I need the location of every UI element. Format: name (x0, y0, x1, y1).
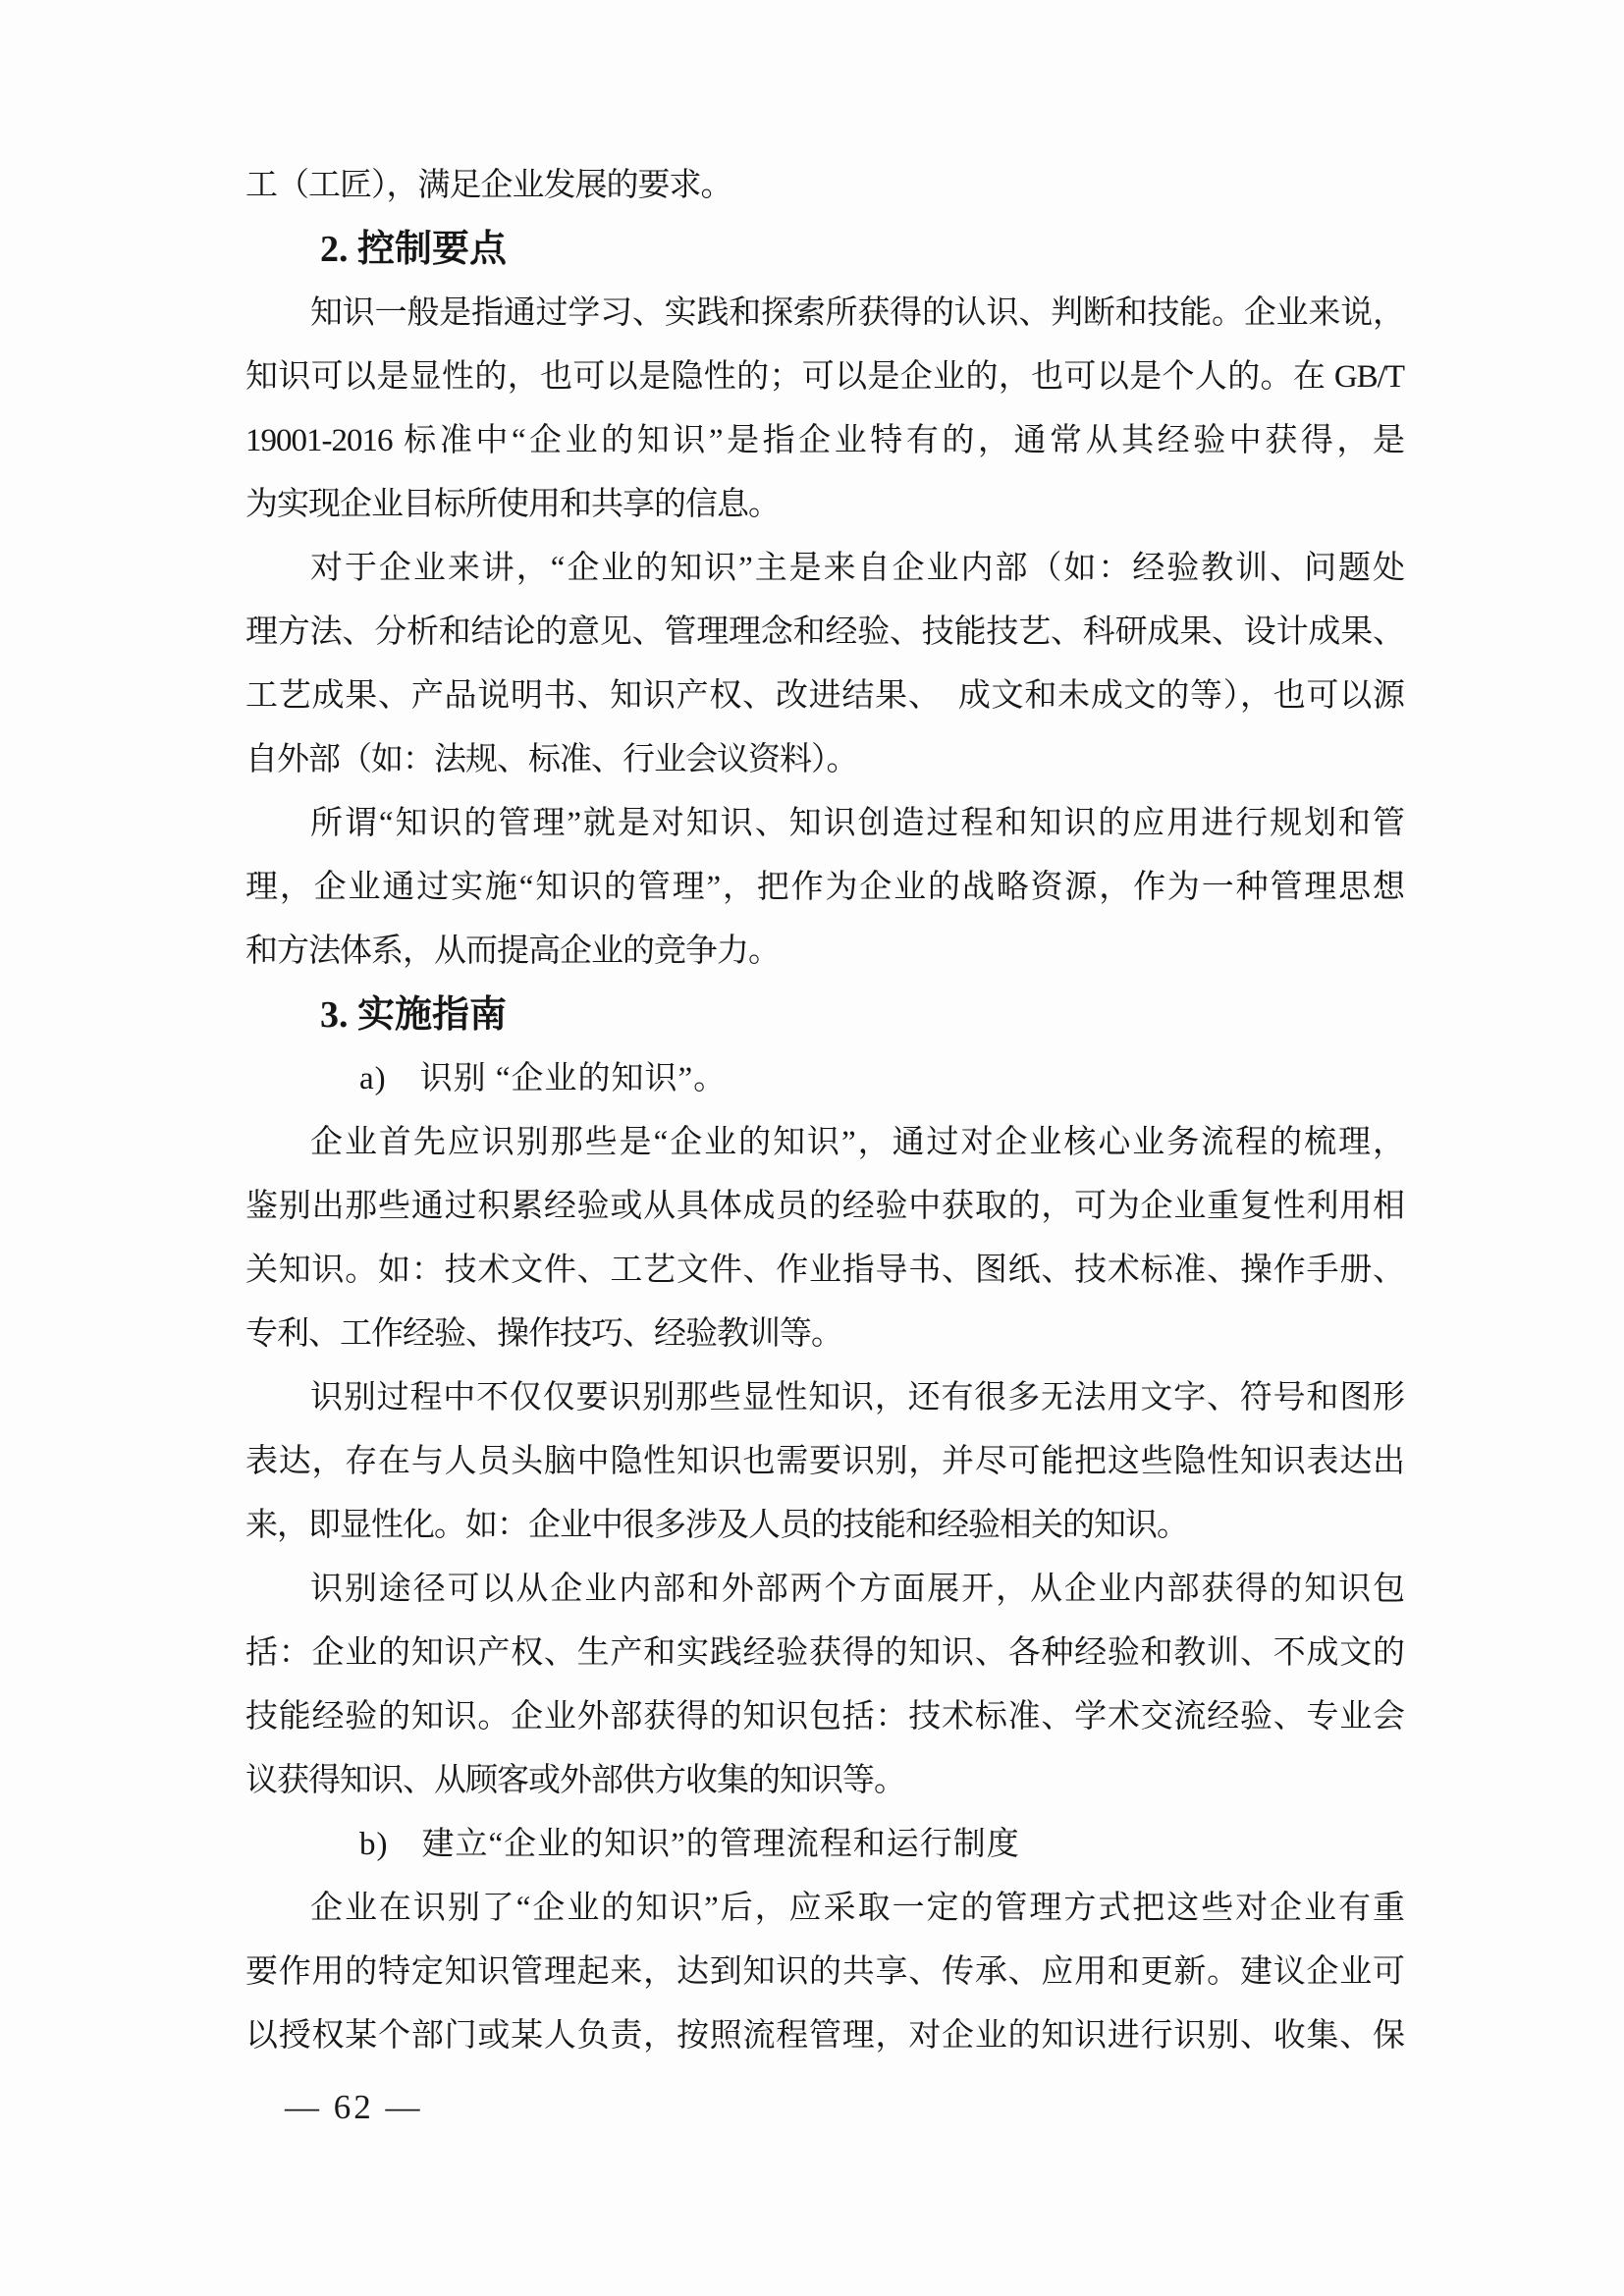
page-body-text: 工（工匠），满足企业发展的要求。 2. 控制要点 知识一般是指通过学习、实践和探… (245, 154, 1404, 2068)
section-heading-2: 2. 控制要点 (245, 218, 1404, 282)
text-line: 括：企业的知识产权、生产和实践经验获得的知识、各种经验和教训、不成文的 (245, 1622, 1404, 1685)
text-line: 工艺成果、产品说明书、知识产权、改进结果、 成文和未成文的等），也可以源 (245, 665, 1404, 728)
text-line: 企业首先应识别那些是“企业的知识”，通过对企业核心业务流程的梳理， (245, 1111, 1404, 1175)
text-line: 议获得知识、从顾客或外部供方收集的知识等。 (245, 1749, 1404, 1813)
text-line: 理方法、分析和结论的意见、管理理念和经验、技能技艺、科研成果、设计成果、 (245, 601, 1404, 665)
text-line: 关知识。如：技术文件、工艺文件、作业指导书、图纸、技术标准、操作手册、 (245, 1239, 1404, 1303)
document-page: 工（工匠），满足企业发展的要求。 2. 控制要点 知识一般是指通过学习、实践和探… (0, 0, 1624, 2296)
text-line: 企业在识别了“企业的知识”后，应采取一定的管理方式把这些对企业有重 (245, 1877, 1404, 1941)
text-line: 对于企业来讲，“企业的知识”主是来自企业内部（如：经验教训、问题处 (245, 537, 1404, 601)
subsection-label-a: a) 识别 “企业的知识”。 (245, 1047, 1404, 1111)
subsection-label-b: b) 建立“企业的知识”的管理流程和运行制度 (245, 1813, 1404, 1877)
text-line: 和方法体系，从而提高企业的竞争力。 (245, 920, 1404, 984)
text-line: 工（工匠），满足企业发展的要求。 (245, 154, 1404, 218)
page-number: — 62 — (245, 2075, 423, 2139)
text-line: 知识一般是指通过学习、实践和探索所获得的认识、判断和技能。企业来说， (245, 282, 1404, 346)
text-line: 专利、工作经验、操作技巧、经验教训等。 (245, 1303, 1404, 1366)
text-line: 所谓“知识的管理”就是对知识、知识创造过程和知识的应用进行规划和管 (245, 792, 1404, 856)
text-line: 技能经验的知识。企业外部获得的知识包括：技术标准、学术交流经验、专业会 (245, 1685, 1404, 1749)
text-line: 要作用的特定知识管理起来，达到知识的共享、传承、应用和更新。建议企业可 (245, 1941, 1404, 2004)
text-line: 表达，存在与人员头脑中隐性知识也需要识别，并尽可能把这些隐性知识表达出 (245, 1430, 1404, 1494)
text-line: 理，企业通过实施“知识的管理”，把作为企业的战略资源，作为一种管理思想 (245, 856, 1404, 920)
text-line: 19001-2016 标准中“企业的知识”是指企业特有的，通常从其经验中获得，是 (245, 409, 1404, 473)
text-line: 以授权某个部门或某人负责，按照流程管理，对企业的知识进行识别、收集、保 (245, 2004, 1404, 2068)
text-line: 知识可以是显性的，也可以是隐性的；可以是企业的，也可以是个人的。在 GB/T (245, 346, 1404, 409)
text-line: 识别过程中不仅仅要识别那些显性知识，还有很多无法用文字、符号和图形 (245, 1366, 1404, 1430)
section-heading-3: 3. 实施指南 (245, 984, 1404, 1047)
text-line: 鉴别出那些通过积累经验或从具体成员的经验中获取的，可为企业重复性利用相 (245, 1175, 1404, 1239)
text-line: 识别途径可以从企业内部和外部两个方面展开，从企业内部获得的知识包 (245, 1558, 1404, 1622)
text-line: 为实现企业目标所使用和共享的信息。 (245, 473, 1404, 537)
text-line: 自外部（如：法规、标准、行业会议资料）。 (245, 728, 1404, 792)
text-line: 来，即显性化。如：企业中很多涉及人员的技能和经验相关的知识。 (245, 1494, 1404, 1558)
